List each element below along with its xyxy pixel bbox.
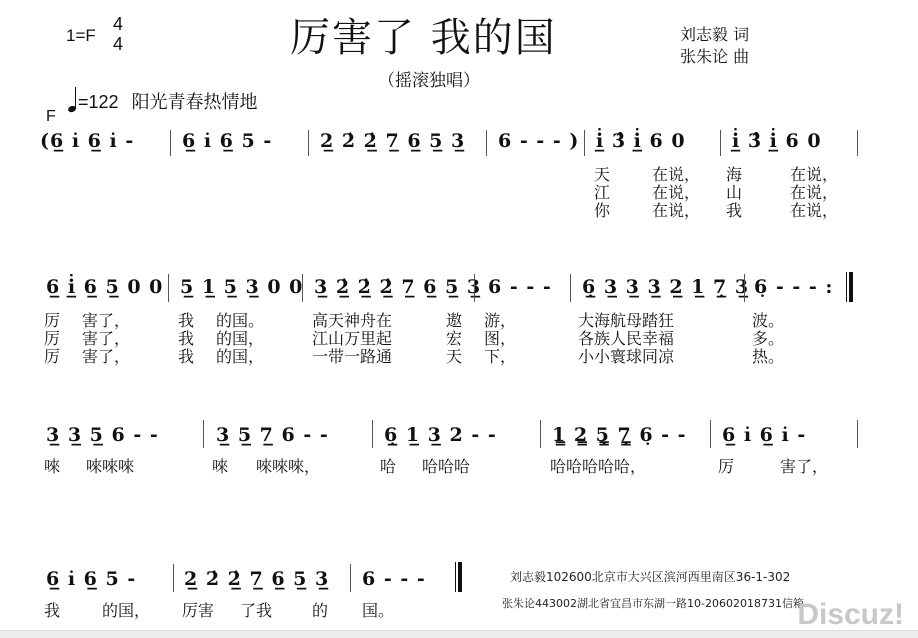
- lyric-verse-2: 江山万里起: [312, 330, 392, 348]
- measure: 2̲ 2̇ 2̲̇ 7̲ 6̲ 5̲ 3̲: [184, 568, 329, 590]
- bottom-strip: [0, 630, 918, 638]
- lyric-verse-3: 厉: [44, 348, 60, 366]
- barline: [857, 130, 858, 156]
- lyric-word: 国。: [362, 602, 394, 620]
- lyric-column: 我 我 我: [178, 312, 194, 366]
- barline: [720, 130, 721, 156]
- measure: i̲̇ 3̂ i̲̇ 6 0: [732, 130, 822, 152]
- lyric-word: 害了，: [780, 458, 828, 476]
- lyric-verse-2: 江: [594, 184, 610, 202]
- lyric-word: 我: [44, 602, 60, 620]
- lyric-column: 在说， 在说， 在说，: [790, 166, 838, 220]
- lyricist-credit: 刘志毅 词: [680, 22, 749, 45]
- lyric-column: 高天神舟在 江山万里起 一带一路通: [312, 312, 392, 366]
- barline: [302, 274, 303, 302]
- tempo-marking: =122 阳光青春热情地: [68, 88, 258, 114]
- lyric-verse-2: 在说，: [652, 184, 700, 202]
- measure: 6̲ i̲̇ 6̲ 5̲ 0 0: [46, 276, 163, 298]
- lyric-verse-3: 小小寰球同凉: [578, 348, 674, 366]
- lyric-verse-3: 热。: [752, 348, 784, 366]
- barline: [168, 274, 169, 302]
- measure: 5̲ 1̲ 5̲ 3̲ 0 0: [180, 276, 303, 298]
- tempo-expression: 阳光青春热情地: [132, 92, 258, 112]
- lyric-verse-3: 在说，: [790, 202, 838, 220]
- lyric-column: 波。 多。 热。: [752, 312, 784, 366]
- lyric-word: 唻: [44, 458, 60, 476]
- repeat-barline-thin: [846, 272, 847, 302]
- measure: 3̲ 3̲ 5̲ 6 - -: [46, 424, 159, 446]
- lyric-verse-2: 我: [178, 330, 194, 348]
- lyric-verse-3: 天: [446, 348, 462, 366]
- measure: 6̲ i̇ 6̲ 5 -: [182, 130, 272, 152]
- time-signature: 4 4: [112, 14, 124, 54]
- lyric-word: 了我: [240, 602, 272, 620]
- watermark-logo: Discuz!: [797, 598, 904, 632]
- lyric-column: 的国。 的国， 的国，: [216, 312, 264, 366]
- lyric-column: 大海航母踏狂 各族人民幸福 小小寰球同凉: [578, 312, 674, 366]
- lyric-word: 唻唻唻: [86, 458, 134, 476]
- measure: 1̳ 2̳ 5̳̣ 7̳̣ 6̣ - -: [552, 424, 687, 446]
- lyric-word: 哈哈哈: [422, 458, 470, 476]
- lyric-column: 天 江 你: [594, 166, 610, 220]
- measure: 6̲̣ 3̲ 3̲ 3̲ 2̲ 1̲ 7̲̣ 3̲: [582, 276, 749, 298]
- page-title: 厉害了 我的国: [290, 6, 557, 63]
- measure: (6̲ i̇ 6̲ i̇ -: [40, 130, 134, 152]
- measure: 6 - - - ): [498, 130, 579, 152]
- lyric-verse-2: 厉: [44, 330, 60, 348]
- lyric-verse-1: 高天神舟在: [312, 312, 392, 330]
- lyric-word: 的: [312, 602, 328, 620]
- barline: [540, 420, 541, 448]
- barline: [170, 130, 171, 156]
- measure: 6 - - -: [362, 568, 426, 590]
- lyric-verse-1: 天: [594, 166, 610, 184]
- barline: [486, 130, 487, 156]
- lyric-verse-1: 海: [726, 166, 742, 184]
- barline: [857, 420, 858, 448]
- dynamic-forte: F: [46, 108, 56, 126]
- lyric-verse-3: 下，: [484, 348, 516, 366]
- lyric-verse-2: 多。: [752, 330, 784, 348]
- lyric-verse-2: 害了，: [82, 330, 130, 348]
- measure: 6̲ i̇ 6̲ 5 -: [46, 568, 136, 590]
- lyric-word: 厉: [718, 458, 734, 476]
- repeat-barline-thick: [849, 272, 853, 302]
- lyric-word: 唻: [212, 458, 228, 476]
- lyric-verse-3: 的国，: [216, 348, 264, 366]
- lyric-word: 厉害: [182, 602, 214, 620]
- lyric-verse-2: 在说，: [790, 184, 838, 202]
- lyric-verse-2: 山: [726, 184, 742, 202]
- measure: 6̣ - - - :: [754, 276, 833, 298]
- composer-address: 张朱论443002湖北省宜昌市东湖一路10-20602018731信箱: [502, 595, 804, 611]
- barline: [584, 130, 585, 156]
- barline: [710, 420, 711, 448]
- lyric-word: 哈哈哈哈哈，: [550, 458, 646, 476]
- barline: [203, 420, 204, 448]
- composer-credit: 张朱论 曲: [680, 44, 749, 67]
- lyric-word: 唻唻唻，: [256, 458, 320, 476]
- lyric-verse-3: 一带一路通: [312, 348, 392, 366]
- measure: i̲̇ 3̂ i̲̇ 6 0: [596, 130, 686, 152]
- lyric-column: 厉 厉 厉: [44, 312, 60, 366]
- lyric-verse-2: 各族人民幸福: [578, 330, 674, 348]
- barline: [570, 274, 571, 302]
- barline: [173, 564, 174, 592]
- lyric-verse-3: 在说，: [652, 202, 700, 220]
- measure: 3̲ 5̲ 7̲ 6 - -: [216, 424, 329, 446]
- quarter-note-icon: [68, 94, 78, 114]
- measure: 6 - - -: [488, 276, 552, 298]
- barline: [372, 420, 373, 448]
- barline: [474, 274, 475, 302]
- measure: 6̲̣ 1̲ 3̲ 2 - -: [384, 424, 497, 446]
- lyric-verse-3: 我: [726, 202, 742, 220]
- lyricist-address: 刘志毅102600北京市大兴区滨河西里南区36-1-302: [510, 568, 790, 585]
- measure: 6̲ i̇ 6̲ i̇ -: [722, 424, 806, 446]
- lyric-column: 在说， 在说， 在说，: [652, 166, 700, 220]
- lyric-verse-1: 大海航母踏狂: [578, 312, 674, 330]
- lyric-verse-2: 的国，: [216, 330, 264, 348]
- lyric-column: 遨 宏 天: [446, 312, 462, 366]
- subtitle: （摇滚独唱）: [378, 66, 480, 91]
- time-signature-top: 4: [112, 14, 124, 34]
- final-barline-thin: [455, 562, 456, 592]
- lyric-word: 的国，: [102, 602, 150, 620]
- lyric-verse-1: 在说，: [790, 166, 838, 184]
- tempo-value: =122: [78, 92, 119, 112]
- lyric-verse-3: 害了，: [82, 348, 130, 366]
- lyric-column: 海 山 我: [726, 166, 742, 220]
- key-signature: 1=F: [66, 26, 96, 46]
- lyric-verse-1: 遨: [446, 312, 462, 330]
- lyric-verse-1: 我: [178, 312, 194, 330]
- lyric-verse-3: 我: [178, 348, 194, 366]
- lyric-verse-1: 在说，: [652, 166, 700, 184]
- measure: 2̲ 2̇ 2̲̇ 7̲ 6̲ 5̲ 3̲: [320, 130, 465, 152]
- lyric-verse-1: 害了，: [82, 312, 130, 330]
- lyric-verse-1: 厉: [44, 312, 60, 330]
- lyric-verse-1: 波。: [752, 312, 784, 330]
- lyric-column: 害了， 害了， 害了，: [82, 312, 130, 366]
- measure: 3̲ 2̲̇ 2̲̇ 2̲̇ 7̲ 6̲ 5̲ 3̲: [314, 276, 481, 298]
- barline: [308, 130, 309, 156]
- lyric-column: 游， 图， 下，: [484, 312, 516, 366]
- lyric-verse-2: 宏: [446, 330, 462, 348]
- lyric-verse-3: 你: [594, 202, 610, 220]
- barline: [350, 564, 351, 592]
- lyric-verse-2: 图，: [484, 330, 516, 348]
- lyric-verse-1: 的国。: [216, 312, 264, 330]
- time-signature-bottom: 4: [112, 34, 124, 54]
- lyric-word: 哈: [380, 458, 396, 476]
- lyric-verse-1: 游，: [484, 312, 516, 330]
- barline: [744, 274, 745, 302]
- final-barline-thick: [458, 562, 462, 592]
